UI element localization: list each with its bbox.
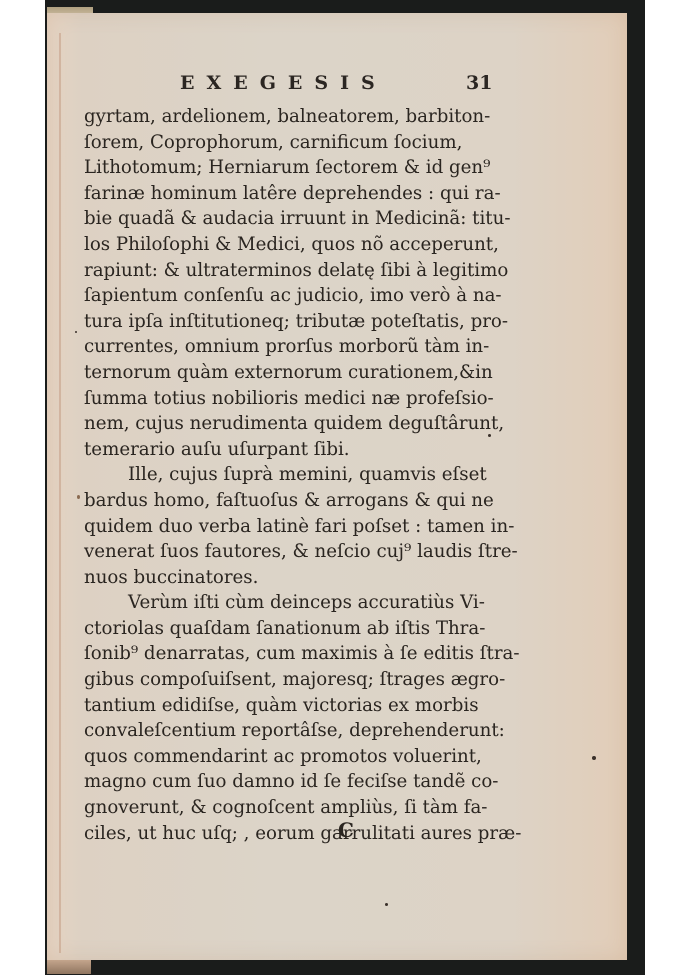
signature-mark: C xyxy=(338,818,354,842)
paper-speck xyxy=(77,495,80,499)
text-line: rapiunt: & ultraterminos delatę ſibi à l… xyxy=(84,258,494,284)
text-line: quidem duo verba latinè fari poſset : ta… xyxy=(84,514,494,540)
text-line: venerat ſuos fautores, & neſcio cuj⁹ lau… xyxy=(84,539,494,565)
text-line: currentes, omnium prorſus morborũ tàm in… xyxy=(84,334,494,360)
text-line: ſorem, Coprophorum, carnificum ſocium, xyxy=(84,130,494,156)
paper-speck xyxy=(592,756,596,760)
paragraph-start: Verùm iſti cùm deinceps accuratiùs Vi- xyxy=(84,590,494,616)
text-line: tura ipſa inſtitutioneq; tributæ poteſta… xyxy=(84,309,494,335)
text-line: tantium edidiſse, quàm victorias ex morb… xyxy=(84,693,494,719)
text-line: quos commendarint ac promotos voluerint, xyxy=(84,744,494,770)
page-header: EXEGESIS 31 xyxy=(180,72,510,98)
paper-speck xyxy=(75,331,77,333)
text-line: ctoriolas quaſdam ſanationum ab iſtis Th… xyxy=(84,616,494,642)
text-line: ſapientum conſenſu ac judicio, imo verò … xyxy=(84,283,494,309)
text-line: convaleſcentium reportâſse, deprehenderu… xyxy=(84,718,494,744)
text-line: gyrtam, ardelionem, balneatorem, barbito… xyxy=(84,104,494,130)
page-number: 31 xyxy=(466,72,492,94)
running-title: EXEGESIS xyxy=(180,72,387,94)
adjacent-page-edge-bottom xyxy=(47,960,91,974)
paragraph-start: Ille, cujus ſuprà memini, quamvis eſset xyxy=(84,462,494,488)
text-line: gibus compoſuiſsent, majoresq; ſtrages æ… xyxy=(84,667,494,693)
body-text: gyrtam, ardelionem, balneatorem, barbito… xyxy=(84,104,494,846)
text-line: los Philoſophi & Medici, quos nõ acceper… xyxy=(84,232,494,258)
text-line: Lithotomum; Herniarum ſectorem & id gen⁹ xyxy=(84,155,494,181)
paper-speck xyxy=(385,903,388,906)
paper-speck xyxy=(488,434,491,437)
text-line: temerario auſu uſurpant ſibi. xyxy=(84,437,494,463)
text-line: gnoverunt, & cognoſcent ampliùs, ſi tàm … xyxy=(84,795,494,821)
page-gutter-line xyxy=(59,33,61,953)
text-line: nem, cujus nerudimenta quidem deguſtârun… xyxy=(84,411,494,437)
text-line: farinæ hominum latêre deprehendes : qui … xyxy=(84,181,494,207)
text-line: ſonib⁹ denarratas, cum maximis à ſe edit… xyxy=(84,641,494,667)
text-line: bie quadã & audacia irruunt in Medicinã:… xyxy=(84,206,494,232)
text-line: ciles, ut huc uſq; , eorum garrulitati a… xyxy=(84,821,494,847)
text-line: ternorum quàm externorum curationem,&in xyxy=(84,360,494,386)
text-line: ſumma totius nobilioris medici næ profeſ… xyxy=(84,386,494,412)
text-line: bardus homo, faſtuoſus & arrogans & qui … xyxy=(84,488,494,514)
text-line: magno cum ſuo damno id ſe feciſse tandẽ … xyxy=(84,769,494,795)
text-line: nuos buccinatores. xyxy=(84,565,494,591)
